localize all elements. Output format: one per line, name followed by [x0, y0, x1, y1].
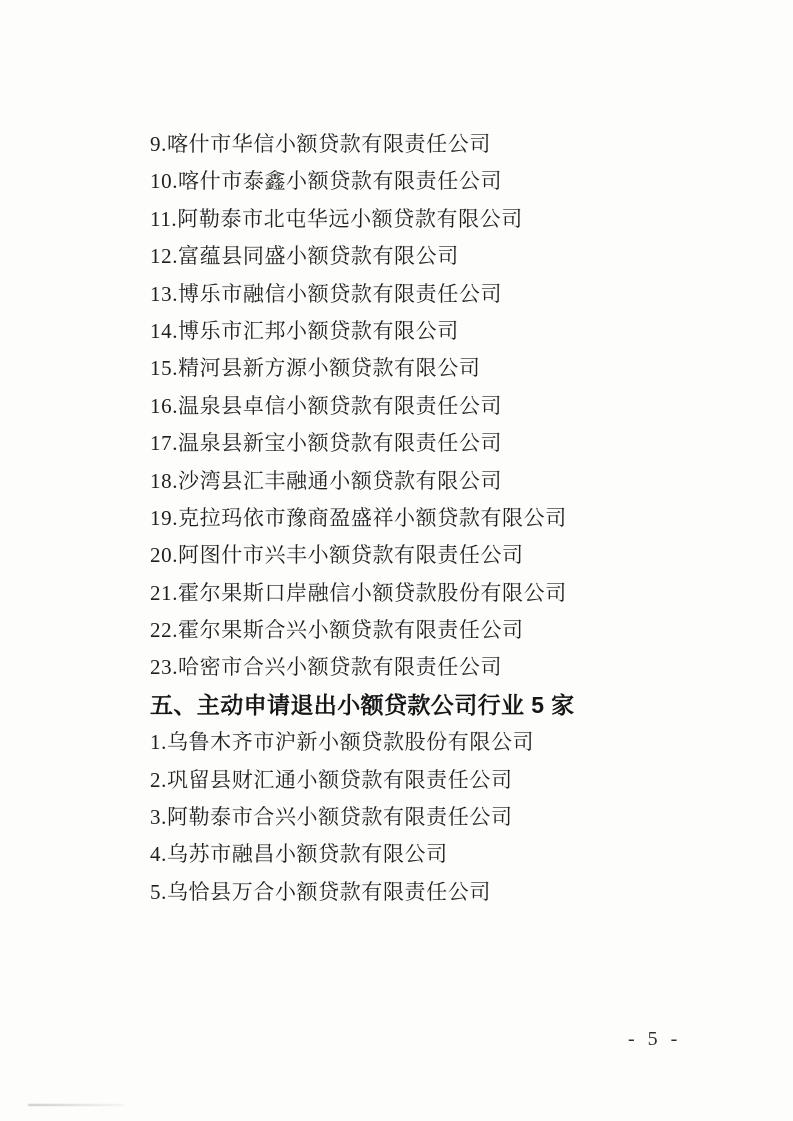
list-item-18: 18.沙湾县汇丰融通小额贷款有限公司 — [150, 463, 750, 500]
list-item-19: 19.克拉玛依市豫商盈盛祥小额贷款有限公司 — [150, 500, 750, 537]
list-item-4: 4.乌苏市融昌小额贷款有限公司 — [150, 836, 750, 873]
list-item-5: 5.乌恰县万合小额贷款有限责任公司 — [150, 874, 750, 911]
list-item-9: 9.喀什市华信小额贷款有限责任公司 — [150, 126, 750, 163]
list-item-13: 13.博乐市融信小额贷款有限责任公司 — [150, 276, 750, 313]
list-item-3: 3.阿勒泰市合兴小额贷款有限责任公司 — [150, 799, 750, 836]
document-content: 9.喀什市华信小额贷款有限责任公司 10.喀什市泰鑫小额贷款有限责任公司 11.… — [150, 126, 750, 911]
list-item-16: 16.温泉县卓信小额贷款有限责任公司 — [150, 388, 750, 425]
document-page: 9.喀什市华信小额贷款有限责任公司 10.喀什市泰鑫小额贷款有限责任公司 11.… — [0, 0, 793, 1121]
list-item-20: 20.阿图什市兴丰小额贷款有限责任公司 — [150, 537, 750, 574]
list-item-10: 10.喀什市泰鑫小额贷款有限责任公司 — [150, 163, 750, 200]
list-item-23: 23.哈密市合兴小额贷款有限责任公司 — [150, 649, 750, 686]
list-item-1: 1.乌鲁木齐市沪新小额贷款股份有限公司 — [150, 724, 750, 761]
list-item-11: 11.阿勒泰市北屯华远小额贷款有限公司 — [150, 201, 750, 238]
list-item-21: 21.霍尔果斯口岸融信小额贷款股份有限公司 — [150, 575, 750, 612]
scan-artifact — [28, 1104, 124, 1106]
list-item-22: 22.霍尔果斯合兴小额贷款有限责任公司 — [150, 612, 750, 649]
list-item-12: 12.富蕴县同盛小额贷款有限公司 — [150, 238, 750, 275]
list-item-15: 15.精河县新方源小额贷款有限公司 — [150, 350, 750, 387]
section-heading: 五、主动申请退出小额贷款公司行业 5 家 — [150, 687, 750, 724]
page-number: - 5 - — [628, 1028, 681, 1051]
list-item-17: 17.温泉县新宝小额贷款有限责任公司 — [150, 425, 750, 462]
list-item-14: 14.博乐市汇邦小额贷款有限公司 — [150, 313, 750, 350]
list-item-2: 2.巩留县财汇通小额贷款有限责任公司 — [150, 762, 750, 799]
